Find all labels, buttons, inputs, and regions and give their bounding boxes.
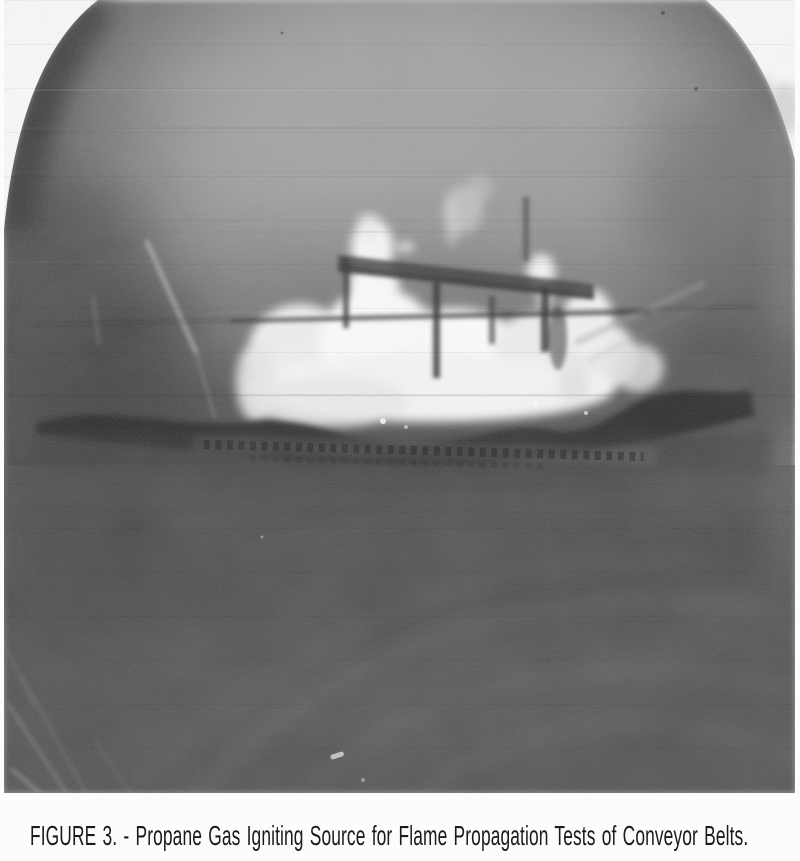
document-page: FIGURE 3. - Propane Gas Igniting Source …	[0, 0, 800, 861]
tunnel-fire-photograph	[0, 0, 800, 795]
figure-photo	[0, 0, 800, 795]
figure-caption-text: FIGURE 3. - Propane Gas Igniting Source …	[30, 820, 748, 852]
film-grain	[4, 0, 795, 793]
photo-area	[0, 0, 800, 795]
figure-caption: FIGURE 3. - Propane Gas Igniting Source …	[30, 820, 800, 856]
